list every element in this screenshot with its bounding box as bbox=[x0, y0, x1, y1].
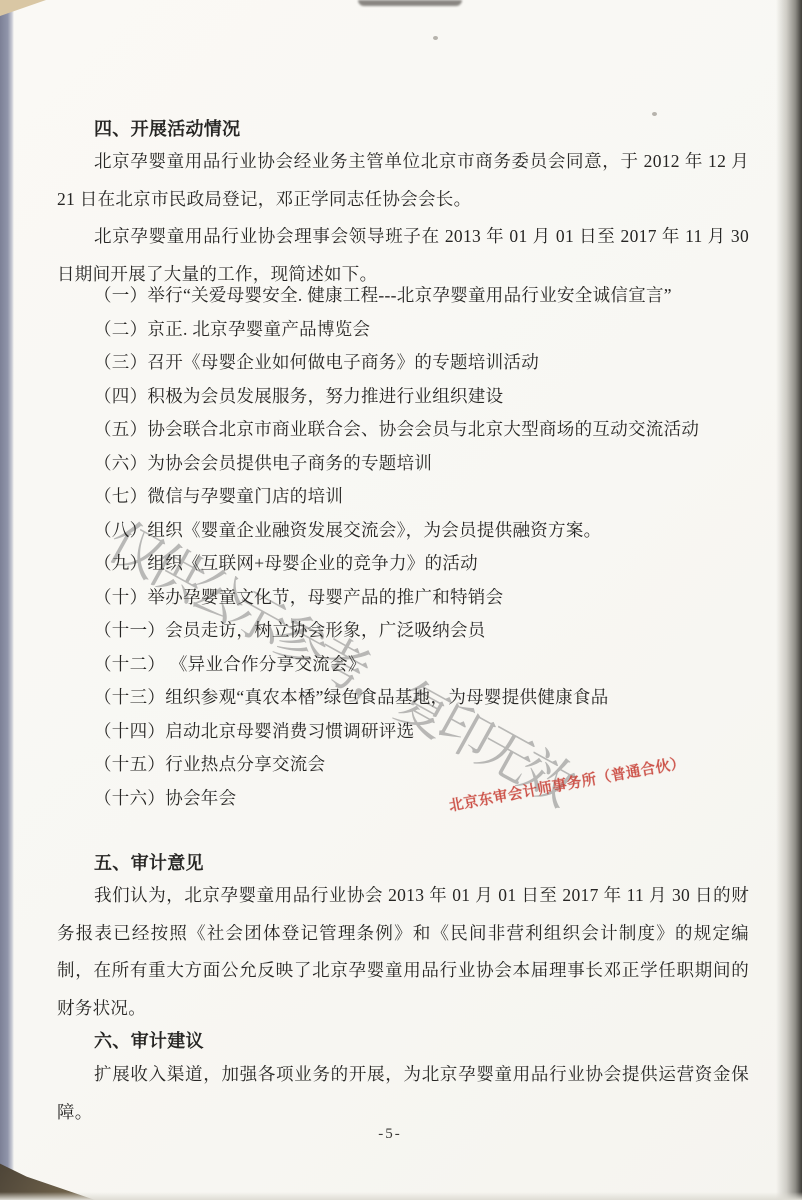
activity-item: （十）举办孕婴童文化节，母婴产品的推广和特销会 bbox=[57, 581, 749, 615]
activity-item: （五）协会联合北京市商业联合会、协会会员与北京大型商场的互动交流活动 bbox=[57, 413, 749, 447]
scan-edge-left bbox=[0, 0, 14, 1200]
page-number: -5- bbox=[0, 1126, 780, 1143]
activity-list: （一）举行“关爱母婴安全. 健康工程---北京孕婴童用品行业安全诚信宣言” （二… bbox=[57, 279, 749, 815]
activity-item: （三）召开《母婴企业如何做电子商务》的专题培训活动 bbox=[57, 346, 749, 380]
section5-heading: 五、审计意见 bbox=[57, 846, 786, 880]
scan-speck bbox=[652, 112, 657, 116]
scan-edge-right bbox=[776, 0, 802, 1200]
scan-smudge-top bbox=[358, 0, 462, 6]
scanned-audit-report-page: 仅供公示参考，复印无效 四、开展活动情况 北京孕婴童用品行业协会经业务主管单位北… bbox=[0, 0, 802, 1200]
section4-paragraph-1: 北京孕婴童用品行业协会经业务主管单位北京市商务委员会同意，于 2012 年 12… bbox=[57, 143, 749, 218]
activity-item: （八）组织《婴童企业融资发展交流会》，为会员提供融资方案。 bbox=[57, 514, 749, 548]
scan-speck bbox=[433, 36, 438, 40]
section6-heading: 六、审计建议 bbox=[57, 1024, 786, 1058]
activity-item: （十二） 《异业合作分享交流会》 bbox=[57, 648, 749, 682]
scan-edge-bottom bbox=[0, 1192, 802, 1200]
section5-paragraph-1: 我们认为，北京孕婴童用品行业协会 2013 年 01 月 01 日至 2017 … bbox=[57, 877, 749, 1027]
activity-item: （十一）会员走访，树立协会形象，广泛吸纳会员 bbox=[57, 614, 749, 648]
activity-item: （十六）协会年会 bbox=[57, 782, 749, 816]
activity-item: （二）京正. 北京孕婴童产品博览会 bbox=[57, 313, 749, 347]
activity-item: （七）微信与孕婴童门店的培训 bbox=[57, 480, 749, 514]
activity-item: （十三）组织参观“真农本楿”绿色食品基地，为母婴提供健康食品 bbox=[57, 681, 749, 715]
section6-paragraph-1: 扩展收入渠道，加强各项业务的开展，为北京孕婴童用品行业协会提供运营资金保障。 bbox=[57, 1056, 749, 1131]
activity-item: （六）为协会会员提供电子商务的专题培训 bbox=[57, 447, 749, 481]
activity-item: （四）积极为会员发展服务，努力推进行业组织建设 bbox=[57, 380, 749, 414]
section4-heading: 四、开展活动情况 bbox=[57, 112, 786, 146]
activity-item: （九）组织《互联网+母婴企业的竞争力》的活动 bbox=[57, 547, 749, 581]
activity-item: （一）举行“关爱母婴安全. 健康工程---北京孕婴童用品行业安全诚信宣言” bbox=[57, 279, 749, 313]
activity-item: （十四）启动北京母婴消费习惯调研评选 bbox=[57, 715, 749, 749]
